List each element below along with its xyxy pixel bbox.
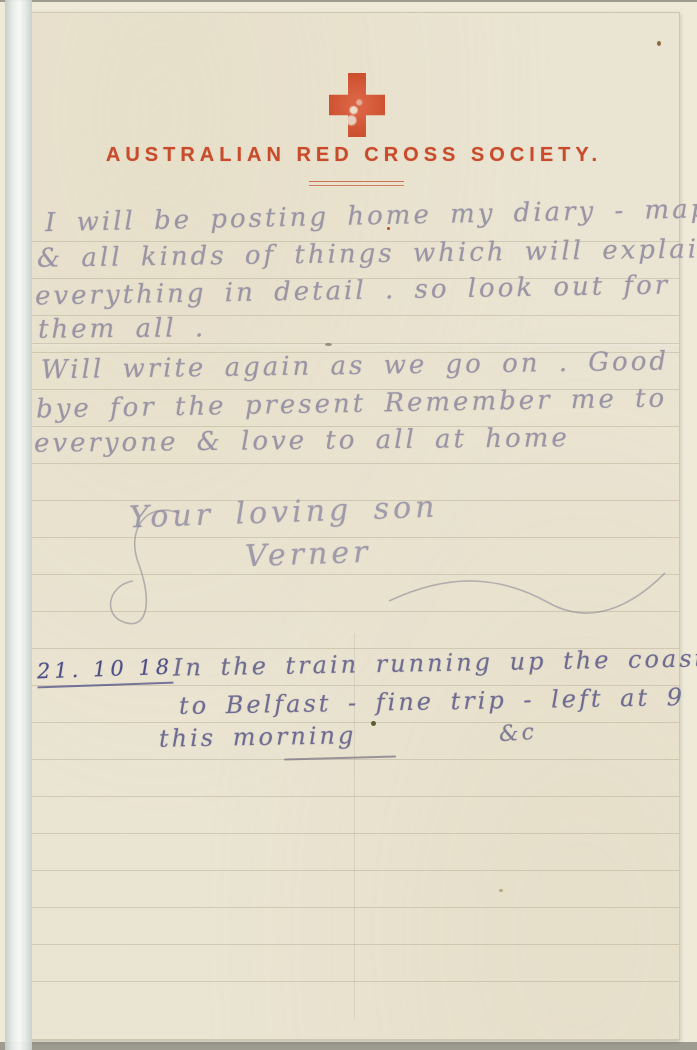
handwritten-line: everything in detail . so look out for: [35, 270, 671, 311]
handwritten-line: I will be posting home my diary - maps: [45, 194, 697, 238]
handwritten-line: & all kinds of things which will explain: [37, 234, 697, 274]
binding-tape: [5, 0, 32, 1050]
handwritten-line: everyone & love to all at home: [34, 423, 570, 459]
entry-date: 21. 10 18: [37, 655, 174, 689]
letter-sheet: AUSTRALIAN RED CROSS SOCIETY. I will be …: [28, 12, 680, 1040]
entry-closing-mark: &c: [498, 720, 538, 748]
handwritten-line: bye for the present Remember me to: [36, 383, 668, 424]
signature-name: Verner: [244, 535, 372, 574]
smudge: [325, 343, 332, 346]
handwritten-line: them all .: [38, 313, 206, 344]
letterhead-title: AUSTRALIAN RED CROSS SOCIETY.: [29, 144, 679, 167]
entry-line: this morning: [159, 721, 357, 752]
entry-line: In the train running up the coast: [173, 644, 697, 681]
letterhead-underline: [309, 181, 404, 186]
entry-line: to Belfast - fine trip - left at 9 am: [179, 682, 697, 720]
handwritten-line: Will write again as we go on . Good: [41, 347, 669, 386]
signature-line: Your loving son: [128, 490, 439, 536]
red-cross-icon: [329, 73, 385, 137]
pencil-dash: [284, 756, 396, 761]
paper-speck: [387, 227, 390, 230]
ink-blot: [371, 721, 376, 726]
paper-speck: [499, 889, 503, 892]
paper-speck: [657, 41, 661, 46]
